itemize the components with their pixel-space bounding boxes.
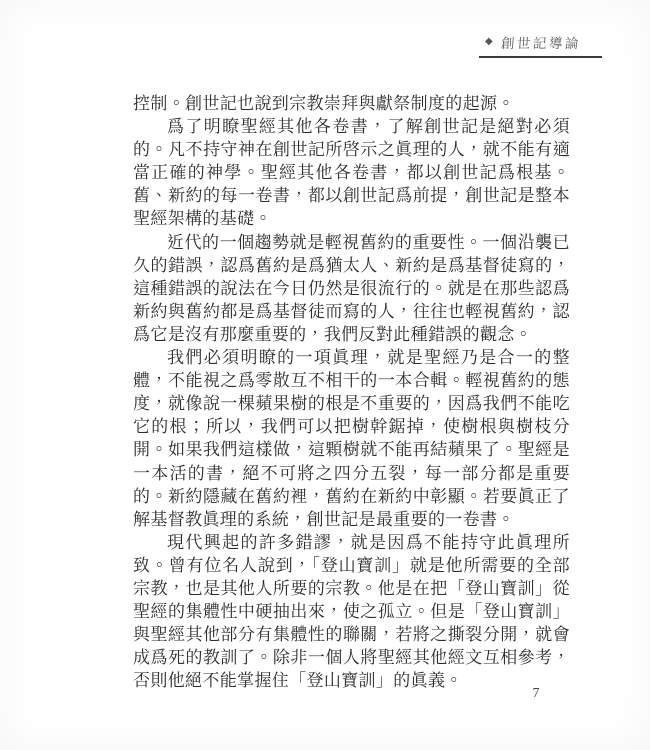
running-head: ◆ 創世記導論 (479, 32, 602, 58)
paragraph: 現代興起的許多錯謬，就是因爲不能持守此眞理所致。曾有位名人說到，「登山寶訓」就是… (133, 531, 570, 693)
paragraph: 爲了明瞭聖經其他各卷書，了解創世記是絕對必須的。凡不持守神在創世記所啓示之眞理的… (133, 115, 570, 230)
running-head-row: ◆ 創世記導論 (479, 32, 602, 52)
paragraph: 近代的一個趨勢就是輕視舊約的重要性。一個沿襲已久的錯誤，認爲舊約是爲猶太人、新約… (133, 231, 570, 346)
body-text: 控制。創世記也說到宗教崇拜與獻祭制度的起源。 爲了明瞭聖經其他各卷書，了解創世記… (133, 92, 570, 692)
running-head-rule (479, 56, 602, 58)
diamond-icon: ◆ (485, 37, 493, 47)
book-page: ◆ 創世記導論 控制。創世記也說到宗教崇拜與獻祭制度的起源。 爲了明瞭聖經其他各… (0, 0, 650, 750)
paragraph: 控制。創世記也說到宗教崇拜與獻祭制度的起源。 (133, 92, 570, 115)
paragraph: 我們必須明瞭的一項眞理，就是聖經乃是合一的整體，不能視之爲零散互不相干的一本合輯… (133, 346, 570, 531)
running-head-title: 創世記導論 (500, 32, 581, 52)
page-number: 7 (526, 686, 546, 702)
